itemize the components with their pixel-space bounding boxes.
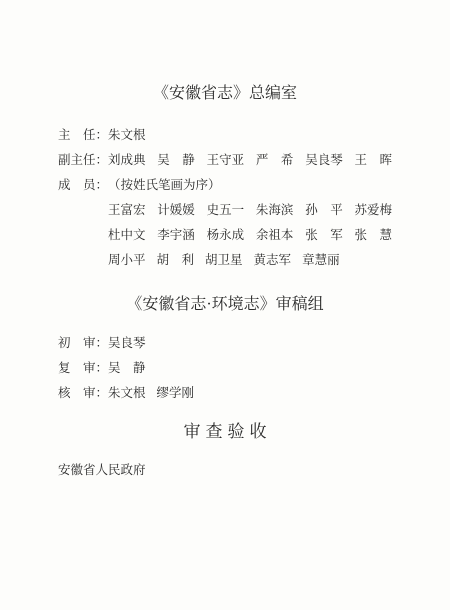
person-name: 朱海滨 bbox=[256, 198, 294, 223]
person-name: 刘成典 bbox=[108, 148, 146, 173]
director-row: 主 任： 朱文根 bbox=[58, 123, 392, 148]
editorial-office-list: 主 任： 朱文根 副主任： 刘成典 吴 静 王守亚 严 希 吴良琴 王 晖 成 … bbox=[58, 123, 392, 273]
person-name: 杜中文 bbox=[108, 223, 146, 248]
role-label-deputy-director: 副主任： bbox=[58, 148, 108, 173]
person-name: 余祖本 bbox=[256, 223, 294, 248]
person-name: 苏爱梅 bbox=[354, 198, 392, 223]
person-name: 王 晖 bbox=[354, 148, 392, 173]
person-name: 周小平 bbox=[108, 248, 146, 273]
person-name: 黄志军 bbox=[254, 248, 292, 273]
role-label-director: 主 任： bbox=[58, 123, 108, 148]
role-label-final-review: 核 审： bbox=[58, 381, 108, 406]
members-header-row: 成 员： （按姓氏笔画为序） bbox=[58, 173, 392, 198]
person-name: 缪学刚 bbox=[157, 381, 195, 406]
second-review-row: 复 审： 吴 静 bbox=[58, 356, 392, 381]
person-name: 孙 平 bbox=[305, 198, 343, 223]
person-name: 杨永成 bbox=[207, 223, 245, 248]
acceptance-agency: 安徽省人民政府 bbox=[58, 458, 392, 483]
person-name: 张 慧 bbox=[354, 223, 392, 248]
deputy-director-names: 刘成典 吴 静 王守亚 严 希 吴良琴 王 晖 bbox=[108, 148, 392, 173]
person-name: 史五一 bbox=[207, 198, 245, 223]
review-group-list: 初 审： 吴良琴 复 审： 吴 静 核 审： 朱文根 缪学刚 bbox=[58, 331, 392, 406]
person-name: 王守亚 bbox=[207, 148, 245, 173]
person-name: 吴 静 bbox=[157, 148, 195, 173]
role-label-members: 成 员： bbox=[58, 173, 108, 198]
section-title-review-group: 《安徽省志·环境志》审稿组 bbox=[58, 295, 392, 315]
document-page: 《安徽省志》总编室 主 任： 朱文根 副主任： 刘成典 吴 静 王守亚 严 希 … bbox=[0, 0, 450, 610]
person-name: 张 军 bbox=[305, 223, 343, 248]
person-name: 吴良琴 bbox=[305, 148, 343, 173]
person-name: 吴 静 bbox=[108, 356, 146, 381]
member-names-row: 周小平 胡 利 胡卫星 黄志军 章慧丽 bbox=[108, 248, 392, 273]
first-review-row: 初 审： 吴良琴 bbox=[58, 331, 392, 356]
section-title-acceptance: 审查验收 bbox=[58, 421, 392, 442]
members-sort-note: （按姓氏笔画为序） bbox=[108, 173, 221, 198]
member-names-row: 王富宏 计媛媛 史五一 朱海滨 孙 平 苏爱梅 bbox=[108, 198, 392, 223]
person-name: 朱文根 bbox=[108, 123, 146, 148]
role-label-second-review: 复 审： bbox=[58, 356, 108, 381]
person-name: 计媛媛 bbox=[157, 198, 195, 223]
final-review-row: 核 审： 朱文根 缪学刚 bbox=[58, 381, 392, 406]
person-name: 朱文根 bbox=[108, 381, 146, 406]
person-name: 李宇涵 bbox=[157, 223, 195, 248]
person-name: 胡卫星 bbox=[205, 248, 243, 273]
member-names-row: 杜中文 李宇涵 杨永成 余祖本 张 军 张 慧 bbox=[108, 223, 392, 248]
role-label-first-review: 初 审： bbox=[58, 331, 108, 356]
person-name: 严 希 bbox=[256, 148, 294, 173]
person-name: 吴良琴 bbox=[108, 331, 146, 356]
section-title-editorial-office: 《安徽省志》总编室 bbox=[58, 84, 392, 104]
person-name: 章慧丽 bbox=[302, 248, 340, 273]
deputy-director-row: 副主任： 刘成典 吴 静 王守亚 严 希 吴良琴 王 晖 bbox=[58, 148, 392, 173]
person-name: 胡 利 bbox=[157, 248, 195, 273]
person-name: 王富宏 bbox=[108, 198, 146, 223]
